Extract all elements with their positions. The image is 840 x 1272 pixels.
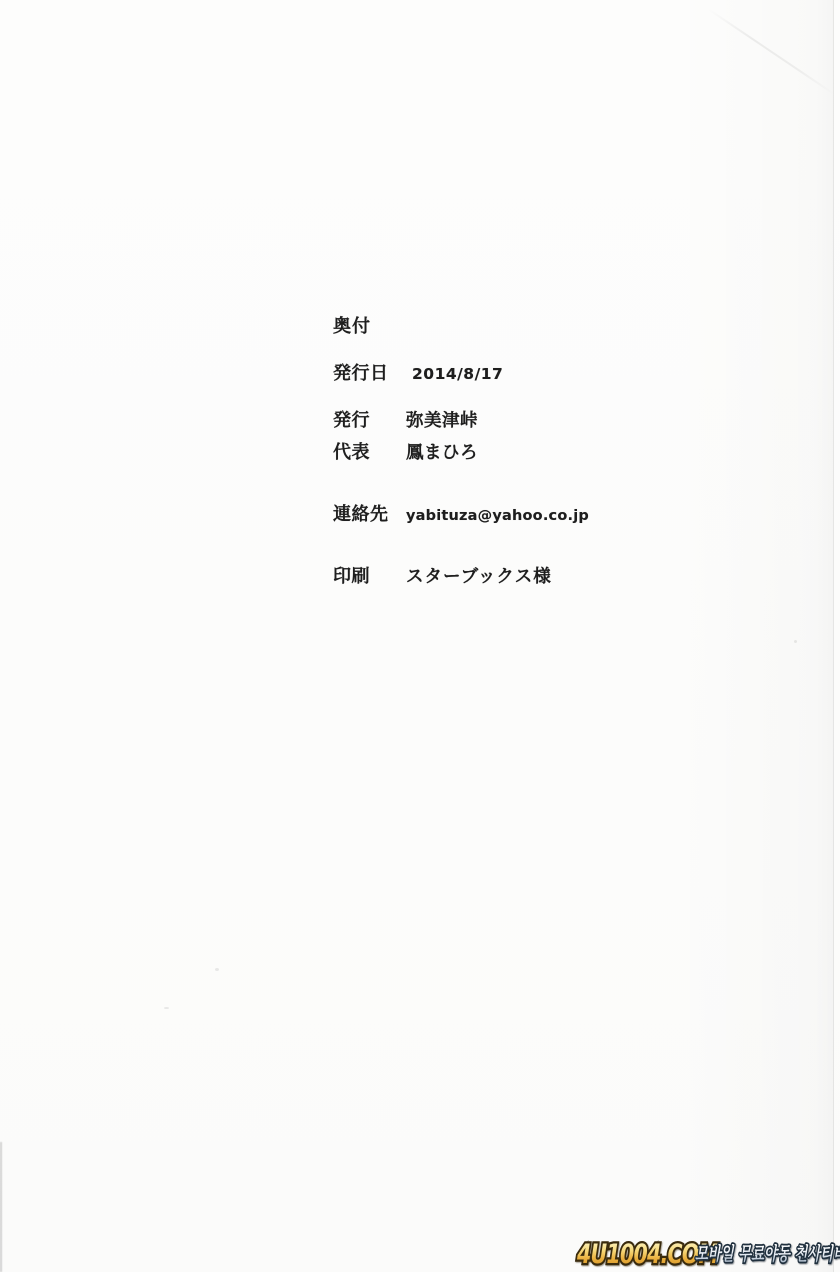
- watermark: 4U1004.COM 4U1004.COM 모바일 무료야동 천사티비 모바일 …: [0, 0, 840, 1272]
- scan-speck: [164, 1007, 169, 1009]
- colophon-row-representative: 代表 鳳まひろ: [333, 438, 478, 464]
- scan-artifact-left-edge: [0, 1142, 2, 1272]
- publisher-value: 弥美津峠: [406, 407, 478, 432]
- watermark-site-text: 4U1004.COM: [577, 1239, 718, 1270]
- scan-speck: [215, 968, 219, 971]
- scan-artifact-diagonal-crease: [707, 8, 834, 95]
- scan-artifact-right-edge-line: [833, 0, 834, 1272]
- colophon-heading: 奥付: [333, 312, 371, 338]
- contact-label: 連絡先: [333, 500, 406, 526]
- watermark-site-outline: 4U1004.COM: [577, 1241, 718, 1268]
- watermark-tagline: 모바일 무료야동 천사티비 모바일 무료야동 천사티비: [695, 1246, 840, 1265]
- watermark-tagline-outline: 모바일 무료야동 천사티비: [695, 1246, 840, 1265]
- scan-speck: [794, 640, 797, 643]
- colophon-row-publication-date: 発行日 2014/8/17: [333, 359, 503, 385]
- watermark-site-name: 4U1004.COM 4U1004.COM: [577, 1241, 718, 1268]
- publisher-label: 発行: [333, 406, 406, 432]
- representative-label: 代表: [333, 438, 406, 464]
- contact-email-value: yabituza@yahoo.co.jp: [406, 508, 589, 524]
- representative-value: 鳳まひろ: [406, 439, 478, 464]
- colophon-row-publisher: 発行 弥美津峠: [333, 406, 478, 432]
- publication-date-label: 発行日: [333, 359, 406, 385]
- printer-value: スターブックス様: [406, 563, 552, 588]
- colophon-row-printer: 印刷 スターブックス様: [333, 562, 552, 588]
- scanned-colophon-page: 奥付 発行日 2014/8/17 発行 弥美津峠 代表 鳳まひろ 連絡先 yab…: [0, 0, 840, 1272]
- publication-date-value: 2014/8/17: [406, 365, 503, 383]
- printer-label: 印刷: [333, 562, 406, 588]
- watermark-tagline-text: 모바일 무료야동 천사티비: [695, 1244, 840, 1265]
- scan-shading-overlay: [0, 0, 840, 1272]
- colophon-row-contact: 連絡先 yabituza@yahoo.co.jp: [333, 500, 589, 526]
